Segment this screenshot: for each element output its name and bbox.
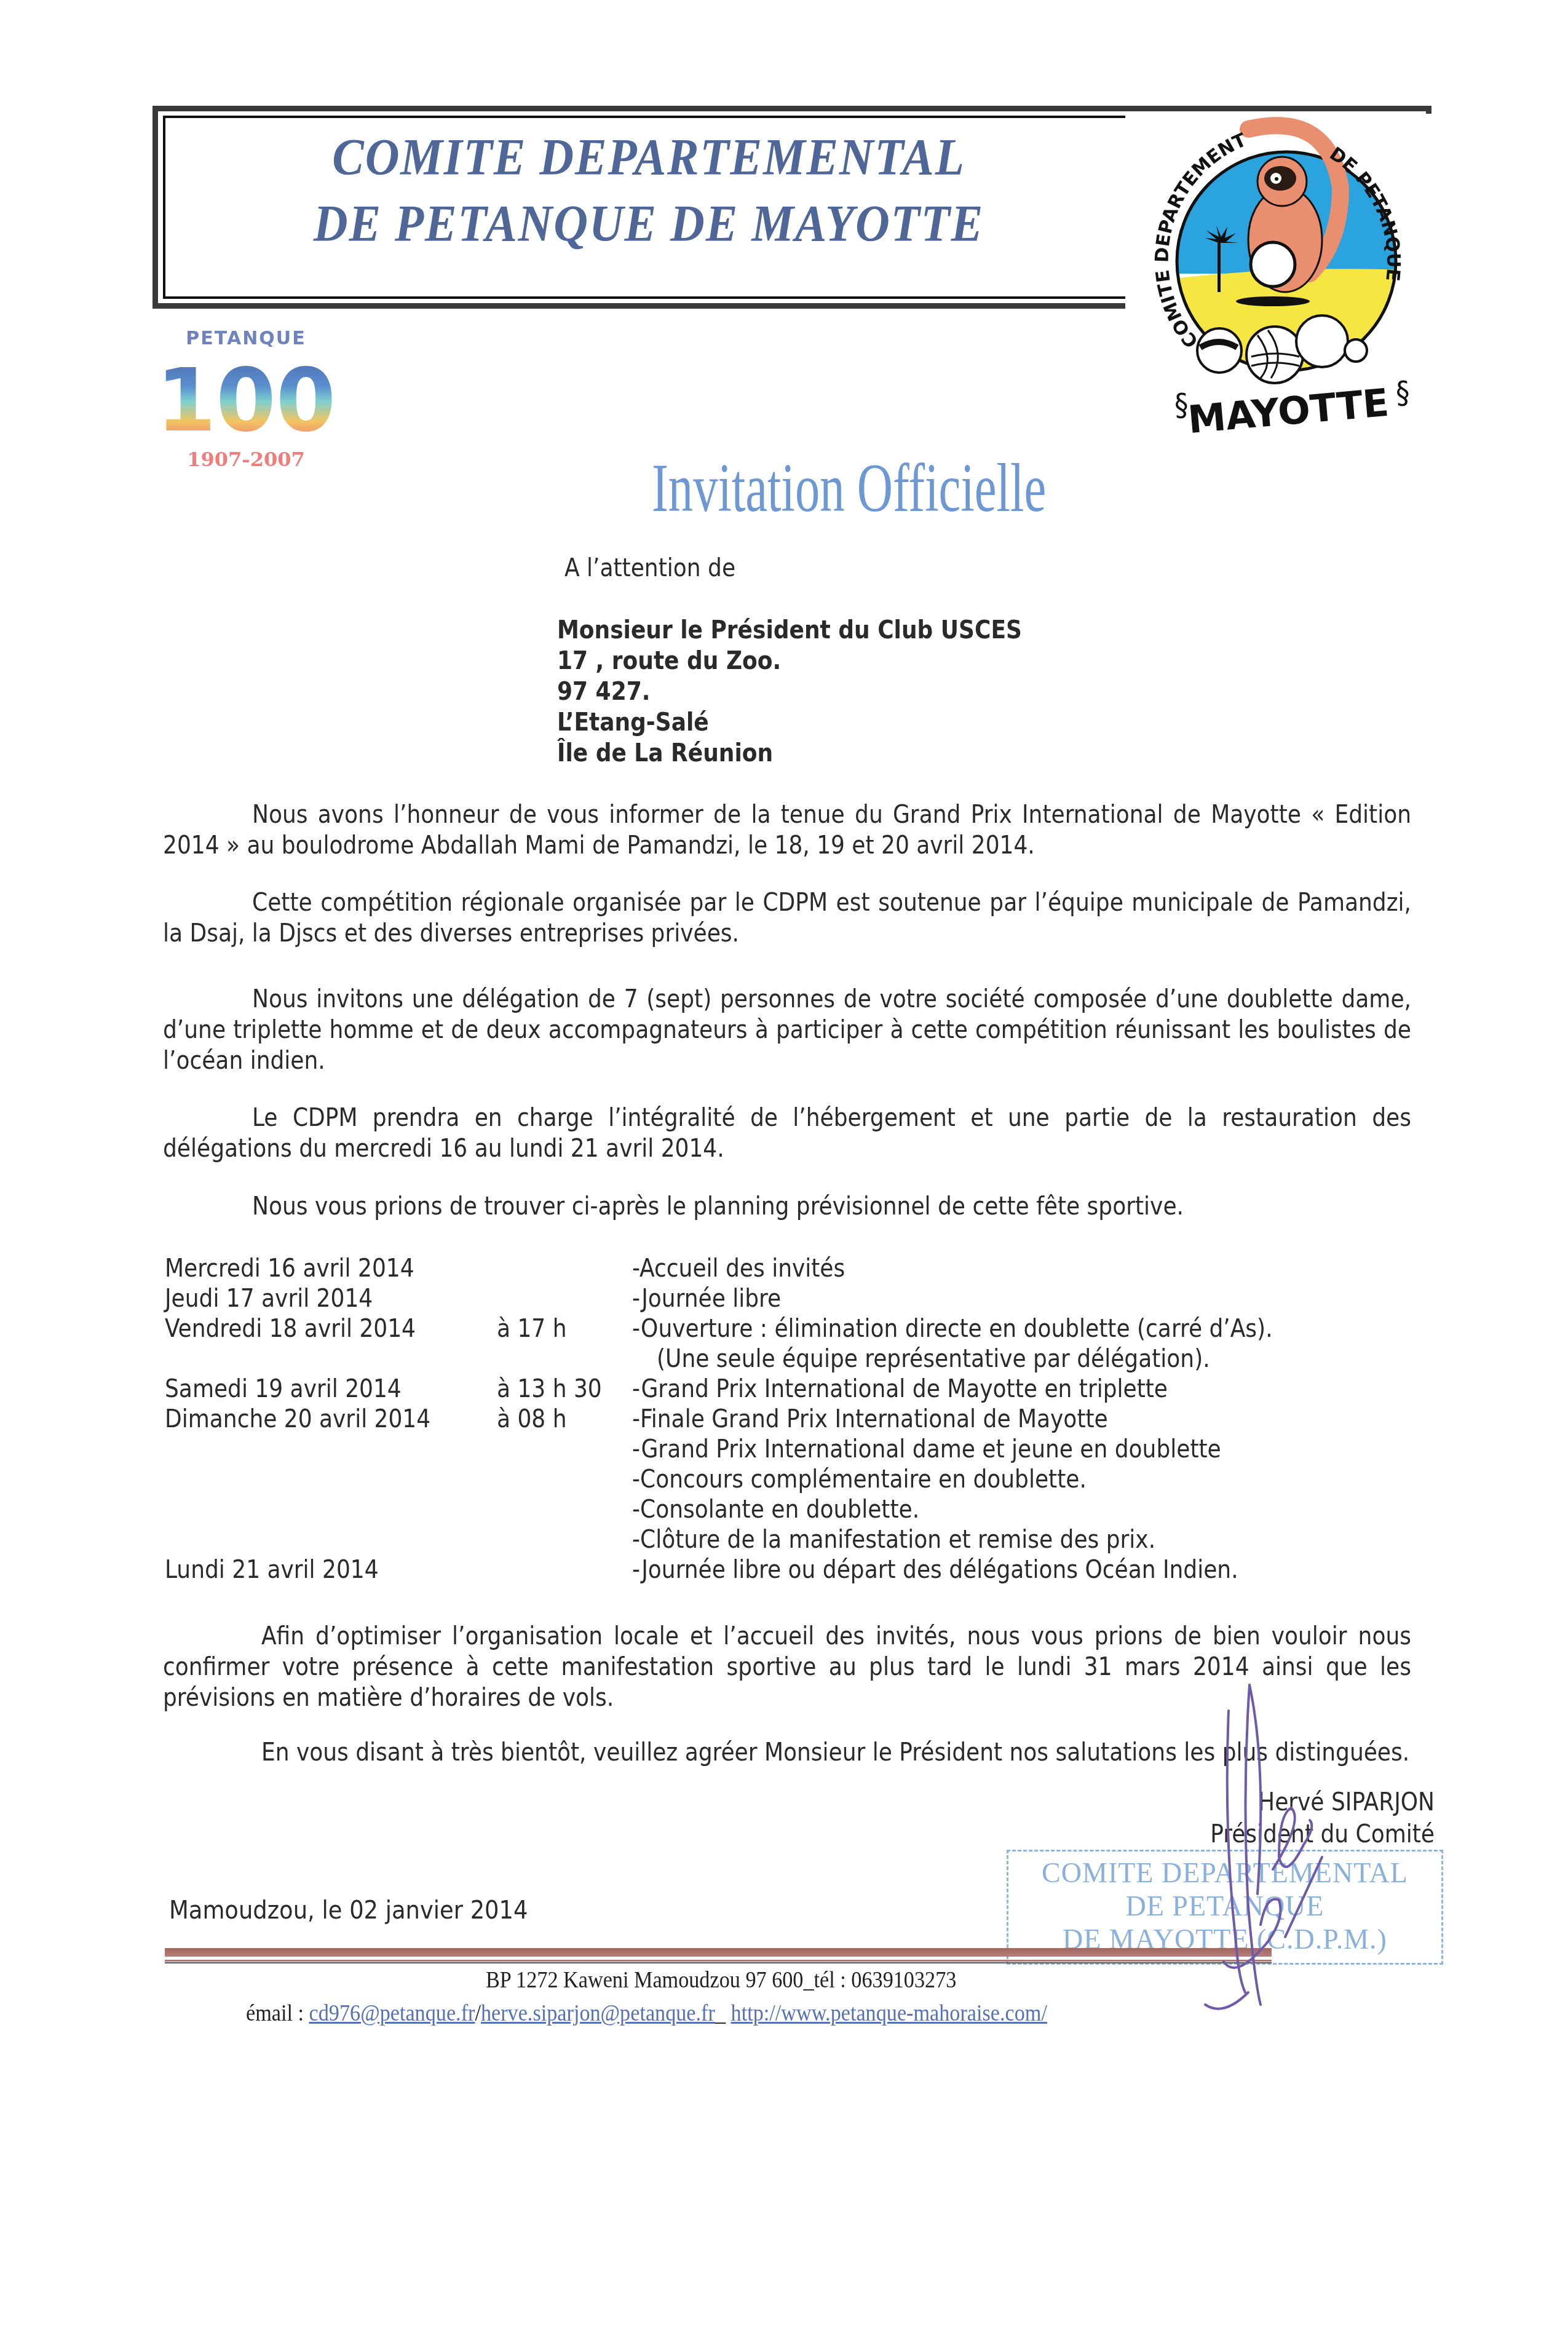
signatory-name: Hervé SIPARJON	[1210, 1786, 1435, 1818]
stamp-line1: COMITE DEPARTEMENTAL	[1008, 1856, 1441, 1890]
schedule-event: -Finale Grand Prix International de Mayo…	[632, 1405, 1108, 1433]
mayotte-petanque-logo: COMITE DEPARTEMENTAL DE PETANQUE MAYOTTE…	[1125, 114, 1470, 434]
paragraph-salutation: En vous disant à très bientôt, veuillez …	[163, 1737, 1411, 1768]
schedule-day: Lundi 21 avril 2014	[165, 1556, 379, 1584]
schedule-event: -Ouverture : élimination directe en doub…	[632, 1315, 1273, 1343]
email-link-siparjon[interactable]: herve.siparjon@petanque.fr	[481, 2000, 715, 2026]
schedule-row: -Clôture de la manifestation et remise d…	[165, 1526, 1431, 1556]
schedule-event: -Journée libre ou départ des délégations…	[632, 1556, 1238, 1584]
paragraph-announcement: Nous avons l’honneur de vous informer de…	[163, 799, 1411, 861]
website-link[interactable]: http://www.petanque-mahoraise.com/	[731, 2000, 1047, 2026]
schedule-row: Jeudi 17 avril 2014-Journée libre	[165, 1285, 1431, 1315]
attention-line: A l’attention de	[564, 553, 735, 583]
schedule-row: Lundi 21 avril 2014-Journée libre ou dép…	[165, 1556, 1431, 1586]
recipient-line: Île de La Réunion	[557, 738, 1022, 769]
footer-rule	[165, 1948, 1272, 1957]
schedule-row: Dimanche 20 avril 2014à 08 h-Finale Gran…	[165, 1405, 1431, 1435]
recipient-line: Monsieur le Président du Club USCES	[557, 615, 1022, 646]
paragraph-planning-intro: Nous vous prions de trouver ci-après le …	[163, 1191, 1411, 1222]
signatory-title: Président du Comité	[1210, 1818, 1435, 1850]
paragraph-confirmation: Afin d’optimiser l’organisation locale e…	[163, 1621, 1411, 1713]
schedule-list: Mercredi 16 avril 2014-Accueil des invit…	[165, 1254, 1431, 1586]
stamp-line2: DE PETANQUE	[1008, 1890, 1441, 1923]
schedule-event: -Concours complémentaire en doublette.	[632, 1465, 1087, 1494]
recipient-address: Monsieur le Président du Club USCES 17 ,…	[557, 615, 1022, 769]
schedule-event: -Grand Prix International dame et jeune …	[632, 1435, 1221, 1464]
paragraph-delegation: Nous invitons une délégation de 7 (sept)…	[163, 984, 1411, 1076]
signature-block: Hervé SIPARJON Président du Comité	[1210, 1786, 1435, 1850]
email-link-cd976[interactable]: cd976@petanque.fr	[309, 2000, 475, 2026]
footer-rule-thin	[165, 1960, 1272, 1962]
schedule-day: Jeudi 17 avril 2014	[165, 1285, 373, 1313]
footer-contacts: émail : cd976@petanque.fr/herve.siparjon…	[246, 2000, 1047, 2027]
footer-rule-dark	[165, 1962, 1272, 1963]
schedule-day: Samedi 19 avril 2014	[165, 1375, 402, 1403]
email-label: émail :	[246, 2000, 309, 2026]
schedule-row: (Une seule équipe représentative par dél…	[165, 1345, 1431, 1375]
schedule-event: (Une seule équipe représentative par dél…	[657, 1345, 1210, 1373]
paragraph-organization: Cette compétition régionale organisée pa…	[163, 887, 1411, 949]
recipient-line: 97 427.	[557, 676, 1022, 707]
official-stamp: COMITE DEPARTEMENTAL DE PETANQUE DE MAYO…	[1007, 1850, 1443, 1965]
schedule-day: Dimanche 20 avril 2014	[165, 1405, 430, 1433]
schedule-row: Vendredi 18 avril 2014à 17 h-Ouverture :…	[165, 1315, 1431, 1345]
centenary-number: 100	[157, 351, 335, 451]
footer-dash: _	[715, 2000, 731, 2026]
schedule-event: -Grand Prix International de Mayotte en …	[632, 1375, 1168, 1403]
schedule-event: -Clôture de la manifestation et remise d…	[632, 1526, 1155, 1554]
email-separator: /	[475, 2000, 481, 2026]
document-title: Invitation Officielle	[652, 454, 1046, 523]
seahorse-icon: §	[1396, 374, 1410, 410]
schedule-row: -Consolante en doublette.	[165, 1495, 1431, 1526]
recipient-line: 17 , route du Zoo.	[557, 646, 1022, 676]
recipient-line: L’Etang-Salé	[557, 707, 1022, 738]
schedule-day: Vendredi 18 avril 2014	[165, 1315, 416, 1343]
centenary-years: 1907-2007	[187, 448, 304, 471]
schedule-time: à 17 h	[497, 1315, 567, 1343]
schedule-time: à 13 h 30	[497, 1375, 602, 1403]
schedule-event: -Accueil des invités	[632, 1254, 845, 1283]
petanque-100-logo: PETANQUE 100 1907-2007	[157, 320, 335, 473]
schedule-event: -Consolante en doublette.	[632, 1495, 919, 1524]
seahorse-icon: §	[1174, 387, 1189, 422]
schedule-event: -Journée libre	[632, 1285, 781, 1313]
paragraph-accommodation: Le CDPM prendra en charge l’intégralité …	[163, 1103, 1411, 1164]
header-title-line2: DE PETANQUE DE MAYOTTE	[239, 199, 1059, 250]
footer-address: BP 1272 Kaweni Mamoudzou 97 600_tél : 06…	[486, 1967, 956, 1994]
schedule-time: à 08 h	[497, 1405, 567, 1433]
schedule-row: -Concours complémentaire en doublette.	[165, 1465, 1431, 1495]
schedule-day: Mercredi 16 avril 2014	[165, 1254, 414, 1283]
schedule-row: -Grand Prix International dame et jeune …	[165, 1435, 1431, 1465]
header-title-line1: COMITE DEPARTEMENTAL	[239, 132, 1059, 184]
petanque-word: PETANQUE	[186, 328, 306, 349]
schedule-row: Mercredi 16 avril 2014-Accueil des invit…	[165, 1254, 1431, 1285]
place-and-date: Mamoudzou, le 02 janvier 2014	[169, 1895, 528, 1925]
schedule-row: Samedi 19 avril 2014à 13 h 30-Grand Prix…	[165, 1375, 1431, 1405]
